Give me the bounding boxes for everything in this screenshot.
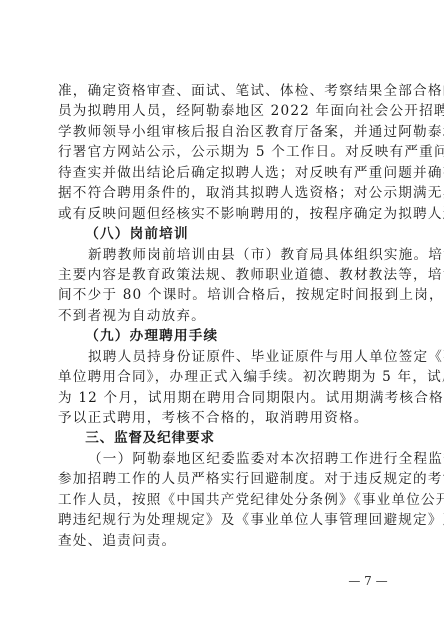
text-line: 单位聘用合同》，办理正式入编手续。初次聘期为 5 年，试用期 [58,367,387,387]
paragraph-pre-job-training: 新聘教师岗前培训由县（市）教育局具体组织实施。培训的 主要内容是教育政策法规、教… [58,245,387,327]
text-line: 新聘教师岗前培训由县（市）教育局具体组织实施。培训的 [58,245,387,265]
document-page: 准，确定资格审查、面试、笔试、体检、考察结果全部合格的人 员为拟聘用人员，经阿勒… [0,0,444,628]
text-line: 间不少于 80 个课时。培训合格后，按规定时间报到上岗，逾期 [58,285,387,305]
text-line: 参加招聘工作的人员严格实行回避制度。对于违反规定的考官、 [58,469,387,489]
text-line: 员为拟聘用人员，经阿勒泰地区 2022 年面向社会公开招聘中小 [58,101,387,121]
text-line: 工作人员，按照《中国共产党纪律处分条例》《事业单位公开招 [58,490,387,510]
text-line: 学教师领导小组审核后报自治区教育厅备案，并通过阿勒泰地区 [58,122,387,142]
heading-supervision-discipline: 三、监督及纪律要求 [58,428,387,448]
paragraph-employment-procedures: 拟聘人员持身份证原件、毕业证原件与用人单位签定《事业 单位聘用合同》，办理正式入… [58,347,387,429]
paragraph-public-notice: 准，确定资格审查、面试、笔试、体检、考察结果全部合格的人 员为拟聘用人员，经阿勒… [58,81,387,224]
text-line: 据不符合聘用条件的，取消其拟聘人选资格；对公示期满无异议 [58,183,387,203]
document-body: 准，确定资格审查、面试、笔试、体检、考察结果全部合格的人 员为拟聘用人员，经阿勒… [58,81,387,551]
text-line: 为 12 个月，试用期在聘用合同期限内。试用期满考核合格的， [58,388,387,408]
text-line: （一）阿勒泰地区纪委监委对本次招聘工作进行全程监督。 [58,449,387,469]
text-line: 行署官方网站公示，公示期为 5 个工作日。对反映有严重问题的， [58,142,387,162]
text-line: 主要内容是教育政策法规、教师职业道德、教材教法等，培训时 [58,265,387,285]
text-line: 聘违纪规行为处理规定》及《事业单位人事管理回避规定》严肃 [58,510,387,530]
paragraph-supervision: （一）阿勒泰地区纪委监委对本次招聘工作进行全程监督。 参加招聘工作的人员严格实行… [58,449,387,551]
text-line: 不到者视为自动放弃。 [58,306,387,326]
text-line: 拟聘人员持身份证原件、毕业证原件与用人单位签定《事业 [58,347,387,367]
subheading-employment-procedures: （九）办理聘用手续 [58,326,387,346]
text-line: 查处、追责问责。 [58,531,387,551]
subheading-pre-job-training: （八）岗前培训 [58,224,387,244]
text-line: 准，确定资格审查、面试、笔试、体检、考察结果全部合格的人 [58,81,387,101]
text-line: 予以正式聘用，考核不合格的，取消聘用资格。 [58,408,387,428]
text-line: 或有反映问题但经核实不影响聘用的，按程序确定为拟聘人选。 [58,204,387,224]
page-number: — 7 — [346,574,390,588]
text-line: 待查实并做出结论后确定拟聘人选；对反映有严重问题并确有实 [58,163,387,183]
